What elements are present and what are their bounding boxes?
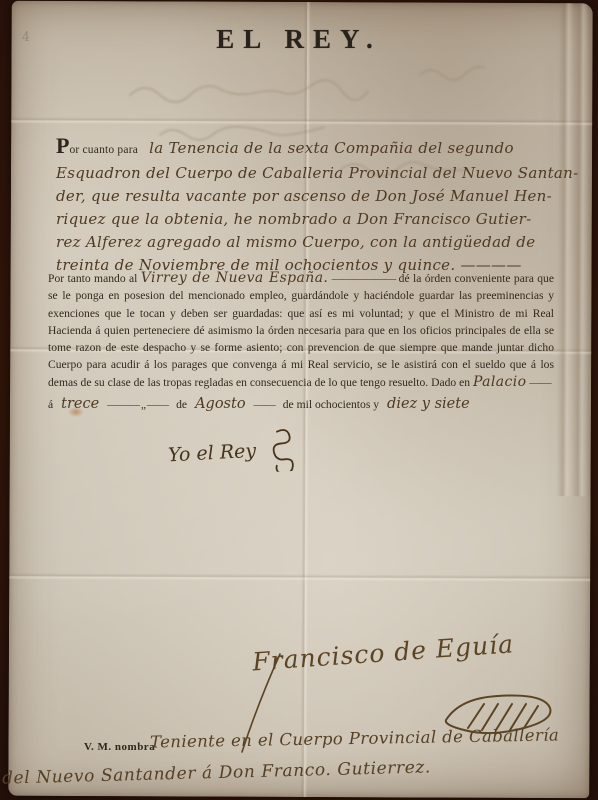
royal-rubric-flourish (263, 427, 299, 473)
manuscript-line: Esquadron del Cuerpo de Caballeria Provi… (56, 162, 551, 185)
manuscript-year: diez y siete (387, 396, 470, 412)
printed-text: á (48, 398, 53, 411)
manuscript-place: Palacio (473, 374, 527, 390)
text-layer: 4 EL REY. Por cuanto para la Tenencia de… (0, 0, 598, 800)
manuscript-line: rez Alferez agregado al mismo Cuerpo, co… (56, 231, 551, 254)
printed-text: dé la órden conveniente para que se le p… (48, 272, 554, 389)
manuscript-line: Por cuanto para la Tenencia de la sexta … (56, 134, 551, 162)
manuscript-addressee: Virrey de Nueva España. (141, 270, 329, 286)
manuscript-line: der, que resulta vacante por ascenso de … (56, 185, 551, 208)
printed-initial: P (56, 133, 69, 158)
docket-manuscript-line: del Nuevo Santander á Don Franco. Gutier… (2, 757, 431, 788)
photograph-of-royal-decree: { "photo": { "background_color": "#35170… (0, 0, 598, 800)
ink-flourish: —— (254, 398, 275, 411)
ink-flourish: —————— (332, 272, 396, 285)
ink-flourish: —— (529, 376, 550, 389)
docket-manuscript-line: Teniente en el Cuerpo Provincial de Caba… (150, 725, 559, 751)
printed-lead: or cuanto para (69, 144, 138, 156)
royal-signature-text: Yo el Rey (168, 440, 257, 467)
printed-text: de (176, 398, 187, 411)
opening-paragraph: Por cuanto para la Tenencia de la sexta … (56, 134, 551, 277)
manuscript-line: riquez que la obtenia, he nombrado a Don… (56, 208, 551, 231)
date-line: á trece ——— „ —— de Agosto —— de mil och… (48, 396, 554, 412)
printed-text: de mil ochocientos y (283, 398, 379, 411)
printed-clause-paragraph: Por tanto mando al Virrey de Nueva Españ… (48, 270, 554, 391)
printed-text: Por tanto mando al (48, 272, 137, 285)
manuscript-day: trece (61, 396, 99, 412)
manuscript-text: la Tenencia de la sexta Compañia del seg… (149, 139, 514, 157)
ink-flourish: ——— „ —— (107, 398, 168, 411)
manuscript-month: Agosto (195, 396, 245, 412)
minister-signature: Francisco de Eguía (251, 625, 582, 677)
docket-printed-lead: V. M. nombra (84, 741, 155, 753)
document-title: EL REY. (0, 24, 598, 55)
royal-signature: Yo el Rey (167, 427, 299, 478)
